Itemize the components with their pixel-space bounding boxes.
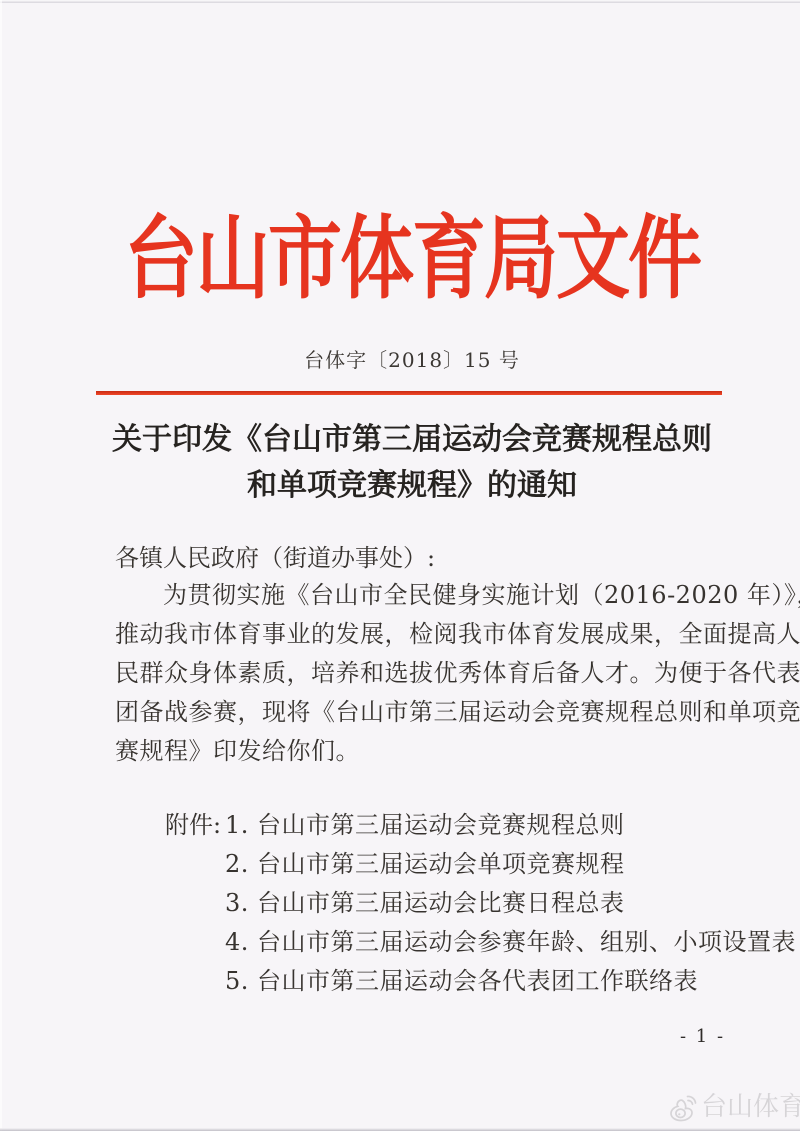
attachments-label: 附件: (165, 806, 221, 845)
attachment-item: 4. 台山市第三届运动会参赛年龄、组别、小项设置表 (225, 923, 796, 962)
letterhead-red-divider (96, 391, 722, 395)
notice-title-line1: 关于印发《台山市第三届运动会竞赛规程总则 (24, 417, 800, 463)
document-number: 台体字〔2018〕15 号 (24, 344, 800, 373)
paragraph-line: 赛规程》印发给你们。 (115, 732, 715, 771)
attachments-block: 附件: 1. 台山市第三届运动会竞赛规程总则 2. 台山市第三届运动会单项竞赛规… (165, 806, 796, 1001)
notice-title-line2: 和单项竞赛规程》的通知 (24, 463, 800, 509)
scan-edge-left (0, 0, 2, 1131)
paragraph-line: 推动我市体育事业的发展，检阅我市体育发展成果，全面提高人 (115, 615, 715, 654)
paragraph-line: 民群众身体素质，培养和选拔优秀体育后备人才。为便于各代表 (115, 654, 715, 693)
watermark-text: 台山体育 (701, 1092, 800, 1122)
body-paragraph: 为贯彻实施《台山市全民健身实施计划（2016-2020 年）》， 推动我市体育事… (115, 576, 715, 771)
scan-edge-top (0, 0, 800, 3)
weibo-icon (668, 1091, 698, 1123)
watermark: 台山体育 (668, 1091, 800, 1123)
attachments-list: 1. 台山市第三届运动会竞赛规程总则 2. 台山市第三届运动会单项竞赛规程 3.… (225, 806, 796, 1001)
notice-title: 关于印发《台山市第三届运动会竞赛规程总则 和单项竞赛规程》的通知 (24, 417, 800, 509)
attachment-item: 2. 台山市第三届运动会单项竞赛规程 (225, 845, 796, 884)
attachment-item: 5. 台山市第三届运动会各代表团工作联络表 (225, 962, 796, 1001)
page-number: - 1 - (680, 1026, 725, 1047)
attachment-item: 1. 台山市第三届运动会竞赛规程总则 (225, 806, 796, 845)
paragraph-line: 为贯彻实施《台山市全民健身实施计划（2016-2020 年）》， (115, 576, 715, 615)
document-page: 台山市体育局文件 台体字〔2018〕15 号 关于印发《台山市第三届运动会竞赛规… (0, 0, 800, 1131)
paragraph-line: 团备战参赛，现将《台山市第三届运动会竞赛规程总则和单项竞 (115, 693, 715, 732)
letterhead-agency-title: 台山市体育局文件 (24, 214, 800, 304)
salutation: 各镇人民政府（街道办事处）: (115, 538, 435, 573)
attachment-item: 3. 台山市第三届运动会比赛日程总表 (225, 884, 796, 923)
